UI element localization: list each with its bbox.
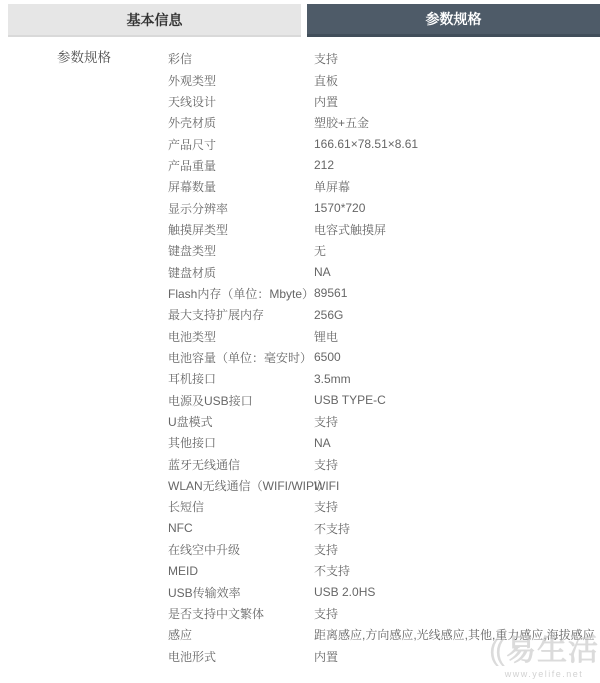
spec-label: 产品尺寸 <box>168 136 314 153</box>
spec-value: 3.5mm <box>314 372 600 386</box>
spec-value: 89561 <box>314 286 600 300</box>
spec-label: 耳机接口 <box>168 370 314 387</box>
spec-value: WIFI <box>314 479 600 493</box>
spec-row: 彩信 支持 <box>168 48 600 69</box>
spec-value: 不支持 <box>314 562 600 579</box>
spec-value: 塑胶+五金 <box>314 114 600 131</box>
tab-specs[interactable]: 参数规格 <box>307 4 600 37</box>
watermark-url: www.yelife.net <box>489 670 599 679</box>
spec-label: 长短信 <box>168 498 314 515</box>
spec-row: 电源及USB接口 USB TYPE-C <box>168 390 600 411</box>
spec-label: 触摸屏类型 <box>168 221 314 238</box>
spec-value: 锂电 <box>314 328 600 345</box>
watermark-logo-text: 易生活 <box>506 634 599 667</box>
spec-label: 屏幕数量 <box>168 178 314 195</box>
spec-row: 是否支持中文繁体 支持 <box>168 603 600 624</box>
spec-label: 是否支持中文繁体 <box>168 605 314 622</box>
spec-value: USB TYPE-C <box>314 393 600 407</box>
spec-label: 电池容量（单位：毫安时） <box>168 349 314 366</box>
spec-label: 其他接口 <box>168 434 314 451</box>
spec-value: 内置 <box>314 93 600 110</box>
spec-row: 键盘类型 无 <box>168 240 600 261</box>
spec-label: 显示分辨率 <box>168 200 314 217</box>
spec-row: 电池类型 锂电 <box>168 325 600 346</box>
spec-row: 最大支持扩展内存 256G <box>168 304 600 325</box>
spec-rows: 彩信 支持 外观类型 直板 天线设计 内置 外壳材质 塑胶+五金 产品尺寸 16… <box>168 48 600 667</box>
watermark: ((易生活 www.yelife.net <box>489 636 599 679</box>
spec-value: 166.61×78.51×8.61 <box>314 137 600 151</box>
spec-row: 产品重量 212 <box>168 155 600 176</box>
spec-row: 外壳材质 塑胶+五金 <box>168 112 600 133</box>
spec-label: Flash内存（单位：Mbyte） <box>168 285 314 302</box>
spec-label: U盘模式 <box>168 413 314 430</box>
spec-label: 蓝牙无线通信 <box>168 456 314 473</box>
spec-label: 感应 <box>168 626 314 643</box>
watermark-swirl-icon: (( <box>489 634 501 667</box>
spec-label: 在线空中升级 <box>168 541 314 558</box>
spec-value: 支持 <box>314 498 600 515</box>
spec-value: NA <box>314 265 600 279</box>
spec-value: 支持 <box>314 413 600 430</box>
spec-value: 电容式触摸屏 <box>314 221 600 238</box>
spec-label: 键盘材质 <box>168 264 314 281</box>
spec-value: 212 <box>314 158 600 172</box>
spec-label: 最大支持扩展内存 <box>168 306 314 323</box>
spec-row: 长短信 支持 <box>168 496 600 517</box>
spec-row: 显示分辨率 1570*720 <box>168 197 600 218</box>
spec-row: 产品尺寸 166.61×78.51×8.61 <box>168 133 600 154</box>
spec-row: 屏幕数量 单屏幕 <box>168 176 600 197</box>
tab-bar: 基本信息 参数规格 <box>8 4 600 37</box>
spec-value: 支持 <box>314 50 600 67</box>
spec-label: 外观类型 <box>168 72 314 89</box>
spec-label: 彩信 <box>168 50 314 67</box>
spec-row: 在线空中升级 支持 <box>168 539 600 560</box>
spec-row: Flash内存（单位：Mbyte） 89561 <box>168 283 600 304</box>
spec-value: 6500 <box>314 350 600 364</box>
spec-label: 电池形式 <box>168 648 314 665</box>
spec-row: 键盘材质 NA <box>168 261 600 282</box>
spec-label: 外壳材质 <box>168 114 314 131</box>
spec-row: USB传输效率 USB 2.0HS <box>168 582 600 603</box>
spec-value: NA <box>314 436 600 450</box>
spec-value: 单屏幕 <box>314 178 600 195</box>
spec-row: MEID 不支持 <box>168 560 600 581</box>
spec-value: 256G <box>314 308 600 322</box>
spec-label: 电池类型 <box>168 328 314 345</box>
spec-label: 键盘类型 <box>168 242 314 259</box>
spec-label: 产品重量 <box>168 157 314 174</box>
spec-value: 支持 <box>314 456 600 473</box>
spec-value: 支持 <box>314 541 600 558</box>
spec-row: 蓝牙无线通信 支持 <box>168 454 600 475</box>
spec-label: 天线设计 <box>168 93 314 110</box>
spec-label: MEID <box>168 564 314 578</box>
spec-row: 天线设计 内置 <box>168 91 600 112</box>
watermark-logo: ((易生活 <box>489 636 599 666</box>
spec-value: 无 <box>314 242 600 259</box>
spec-value: 不支持 <box>314 520 600 537</box>
spec-value: 1570*720 <box>314 201 600 215</box>
spec-row: 触摸屏类型 电容式触摸屏 <box>168 219 600 240</box>
spec-row: U盘模式 支持 <box>168 411 600 432</box>
spec-row: 外观类型 直板 <box>168 69 600 90</box>
spec-value: 直板 <box>314 72 600 89</box>
spec-label: 电源及USB接口 <box>168 392 314 409</box>
tab-basic-info[interactable]: 基本信息 <box>8 4 301 37</box>
spec-label: NFC <box>168 521 314 535</box>
spec-label: USB传输效率 <box>168 584 314 601</box>
spec-value: USB 2.0HS <box>314 585 600 599</box>
sidebar-title-specs: 参数规格 <box>57 51 111 65</box>
spec-row: 耳机接口 3.5mm <box>168 368 600 389</box>
spec-label: WLAN无线通信（WIFI/WIPI） <box>168 477 314 494</box>
spec-row: WLAN无线通信（WIFI/WIPI） WIFI <box>168 475 600 496</box>
spec-row: 电池容量（单位：毫安时） 6500 <box>168 347 600 368</box>
spec-row: NFC 不支持 <box>168 518 600 539</box>
spec-row: 其他接口 NA <box>168 432 600 453</box>
spec-value: 支持 <box>314 605 600 622</box>
